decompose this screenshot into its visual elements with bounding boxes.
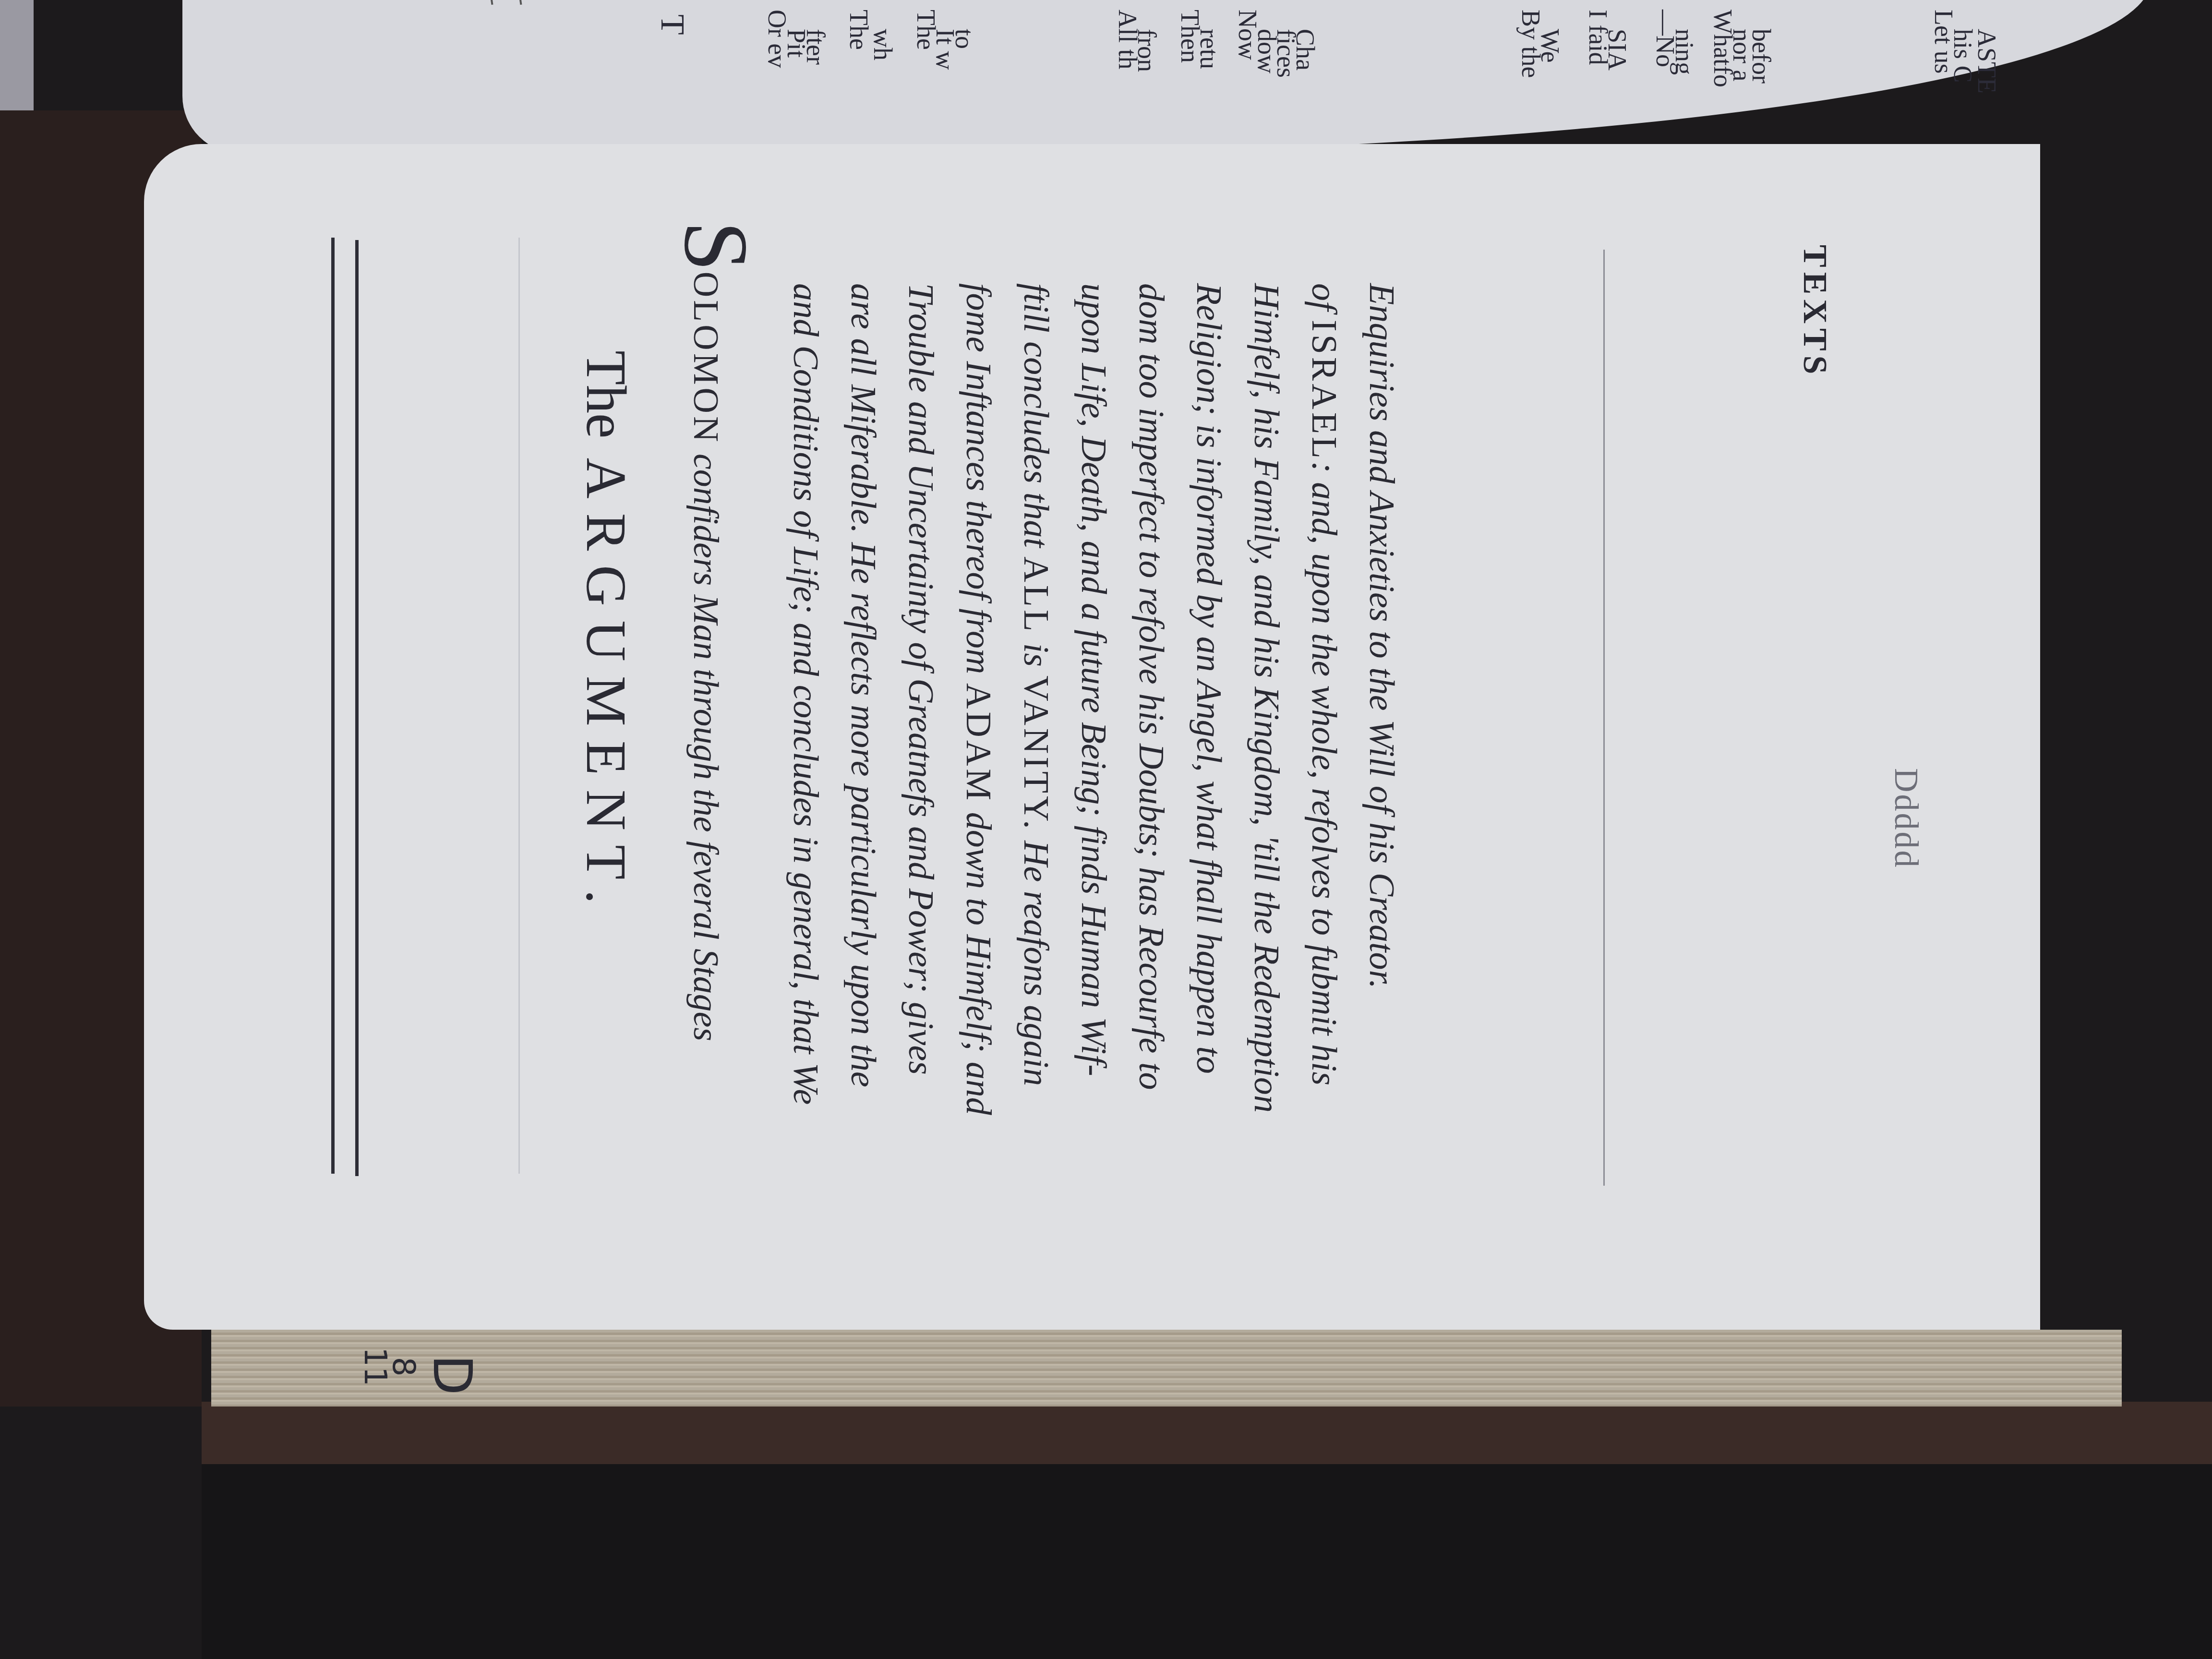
background-dark: [202, 1464, 2212, 1659]
page-title: TheARGUMENT.: [573, 350, 638, 918]
title-word: ARGUMENT.: [575, 457, 637, 918]
text-line-5: fome Inftances thereof from ADAM down to…: [958, 283, 998, 1115]
signature-mark: Ddddd: [1887, 768, 1925, 869]
opposite-page-initial: T: [653, 14, 691, 35]
bleed-through-rule: [518, 238, 520, 1174]
text-line-11: of ISRAEL: and, upon the whole, refolves…: [1303, 283, 1344, 1085]
text-line-3: are all Miferable. He reflects more part…: [842, 283, 883, 1087]
text-line-7: upon Life, Death, and a future Being; fi…: [1073, 283, 1114, 1076]
double-rule-left: [331, 238, 335, 1174]
drop-cap: S: [665, 221, 766, 272]
text-line-8: dom too imperfect to refolve his Doubts;…: [1130, 283, 1171, 1090]
double-rule-right: [355, 240, 359, 1176]
text-line-9: Religion; is informed by an Angel, what …: [1188, 283, 1229, 1074]
text-line-12: Enquiries and Anxieties to the Will of h…: [1361, 283, 1402, 989]
title-prefix: The: [575, 350, 637, 438]
text-line-1: SOLOMON confiders Man through the fevera…: [663, 221, 768, 1041]
fore-edge-mark: 8: [385, 1357, 421, 1377]
fore-edge-mark: D: [421, 1355, 483, 1395]
text-line-10: Himfelf, his Family, and his Kingdom, 't…: [1246, 283, 1286, 1113]
main-page: TheARGUMENT. SOLOMON confiders Man throu…: [144, 144, 2040, 1330]
text-line-2: and Conditions of Life; and concludes in…: [785, 283, 826, 1105]
double-rule: [488, 0, 493, 5]
book-cover-board: [202, 1402, 2212, 1469]
double-rule: [517, 0, 522, 5]
opposite-page: T Or ev Pit fter The wh The It w to All …: [182, 0, 2151, 154]
thin-rule-bottom: [1603, 250, 1605, 1186]
book-fore-edge: 11 8 D: [211, 1330, 2122, 1407]
text-line-6: ftill concludes that ALL is VANITY. He r…: [1015, 283, 1056, 1086]
catchword: TEXTS: [1795, 245, 1834, 379]
text-line-4: Trouble and Uncertainty of Greatnefs and…: [900, 283, 941, 1075]
